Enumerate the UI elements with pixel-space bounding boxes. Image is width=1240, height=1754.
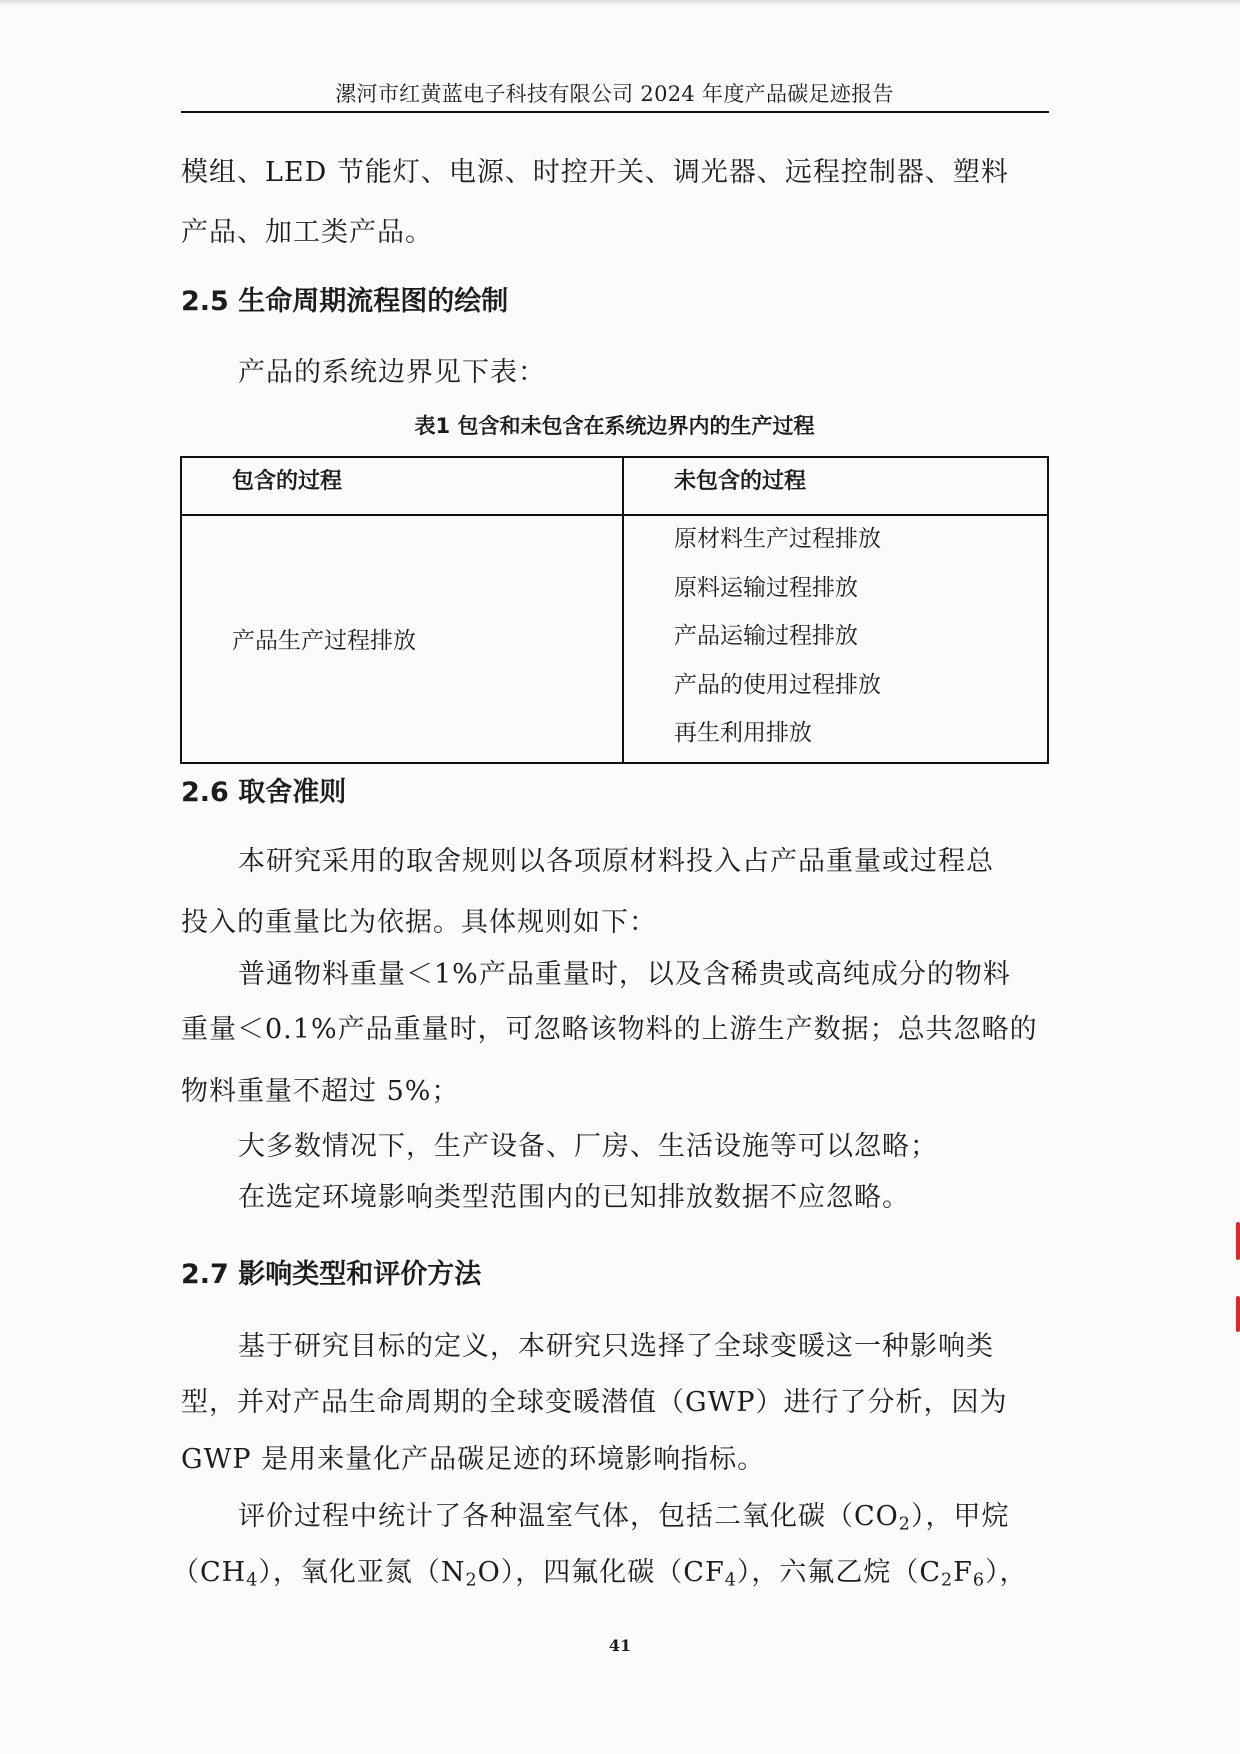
text-run: O），四氟化碳（CF bbox=[478, 1557, 725, 1588]
scan-edge-shadow bbox=[0, 0, 1240, 6]
seal-edge-mark bbox=[1236, 1222, 1240, 1260]
body-text-line: 重量＜0.1%产品重量时，可忽略该物料的上游生产数据；总共忽略的 bbox=[181, 1013, 1048, 1047]
body-text-line: 投入的重量比为依据。具体规则如下： bbox=[181, 906, 1048, 940]
included-process-cell: 产品生产过程排放 bbox=[181, 515, 623, 763]
text-run: ），氧化亚氮（N bbox=[258, 1557, 465, 1588]
seal-edge-mark bbox=[1236, 1296, 1240, 1332]
body-text-line: 本研究采用的取舍规则以各项原材料投入占产品重量或过程总 bbox=[238, 845, 1105, 879]
body-text-line: 基于研究目标的定义，本研究只选择了全球变暖这一种影响类 bbox=[238, 1330, 1105, 1364]
subscript: 4 bbox=[246, 1570, 258, 1590]
text-run: （CH bbox=[172, 1557, 246, 1588]
excluded-process-cell: 原材料生产过程排放 原料运输过程排放 产品运输过程排放 产品的使用过程排放 再生… bbox=[623, 515, 1048, 763]
text-run: ），六氟乙烷（C bbox=[737, 1557, 941, 1588]
excluded-process-item: 产品运输过程排放 bbox=[674, 616, 1047, 665]
body-text-line: 大多数情况下，生产设备、厂房、生活设施等可以忽略； bbox=[238, 1130, 1105, 1164]
body-text-line: 在选定环境影响类型范围内的已知排放数据不应忽略。 bbox=[238, 1181, 1105, 1215]
subscript: 6 bbox=[973, 1570, 985, 1590]
text-run: ），甲烷 bbox=[911, 1501, 1010, 1532]
body-text-line: 模组、LED 节能灯、电源、时控开关、调光器、远程控制器、塑料 bbox=[181, 156, 1048, 190]
excluded-process-item: 再生利用排放 bbox=[674, 713, 1047, 762]
body-text-line: 型，并对产品生命周期的全球变暖潜值（GWP）进行了分析，因为 bbox=[181, 1386, 1048, 1420]
excluded-process-item: 原材料生产过程排放 bbox=[674, 519, 1047, 568]
body-text-line: 普通物料重量＜1%产品重量时，以及含稀贵或高纯成分的物料 bbox=[238, 958, 1105, 992]
subscript: 4 bbox=[725, 1570, 737, 1590]
table-header-row: 包含的过程 未包含的过程 bbox=[181, 457, 1048, 515]
body-text-line: （CH4），氧化亚氮（N2O），四氟化碳（CF4），六氟乙烷（C2F6）， bbox=[172, 1556, 1039, 1597]
table-caption: 表1 包含和未包含在系统边界内的生产过程 bbox=[181, 410, 1048, 440]
text-run: ）， bbox=[985, 1557, 1028, 1588]
header-rule bbox=[181, 111, 1049, 113]
text-run: F bbox=[953, 1557, 973, 1588]
section-heading-2-5: 2.5 生命周期流程图的绘制 bbox=[181, 285, 1048, 319]
running-header: 漯河市红黄蓝电子科技有限公司 2024 年度产品碳足迹报告 bbox=[181, 78, 1048, 108]
page-number: 41 bbox=[560, 1636, 680, 1655]
system-boundary-table: 包含的过程 未包含的过程 产品生产过程排放 原材料生产过程排放 原料运输过程排放… bbox=[180, 456, 1049, 764]
excluded-process-item: 原料运输过程排放 bbox=[674, 568, 1047, 617]
column-header-included: 包含的过程 bbox=[181, 457, 623, 515]
subscript: 2 bbox=[899, 1514, 911, 1534]
body-text-line: 产品的系统边界见下表： bbox=[238, 356, 1105, 390]
body-text-line: 物料重量不超过 5%； bbox=[181, 1075, 1048, 1109]
subscript: 2 bbox=[466, 1570, 478, 1590]
body-text-line: 产品、加工类产品。 bbox=[181, 216, 1048, 250]
column-header-excluded: 未包含的过程 bbox=[623, 457, 1048, 515]
section-heading-2-6: 2.6 取舍准则 bbox=[181, 776, 1048, 810]
excluded-process-item: 产品的使用过程排放 bbox=[674, 665, 1047, 714]
body-text-line: 评价过程中统计了各种温室气体，包括二氧化碳（CO2），甲烷 bbox=[238, 1500, 1105, 1541]
text-run: 评价过程中统计了各种温室气体，包括二氧化碳（CO bbox=[238, 1501, 899, 1532]
subscript: 2 bbox=[941, 1570, 953, 1590]
table-row: 产品生产过程排放 原材料生产过程排放 原料运输过程排放 产品运输过程排放 产品的… bbox=[181, 515, 1048, 763]
body-text-line: GWP 是用来量化产品碳足迹的环境影响指标。 bbox=[181, 1443, 1048, 1477]
section-heading-2-7: 2.7 影响类型和评价方法 bbox=[181, 1258, 1048, 1292]
